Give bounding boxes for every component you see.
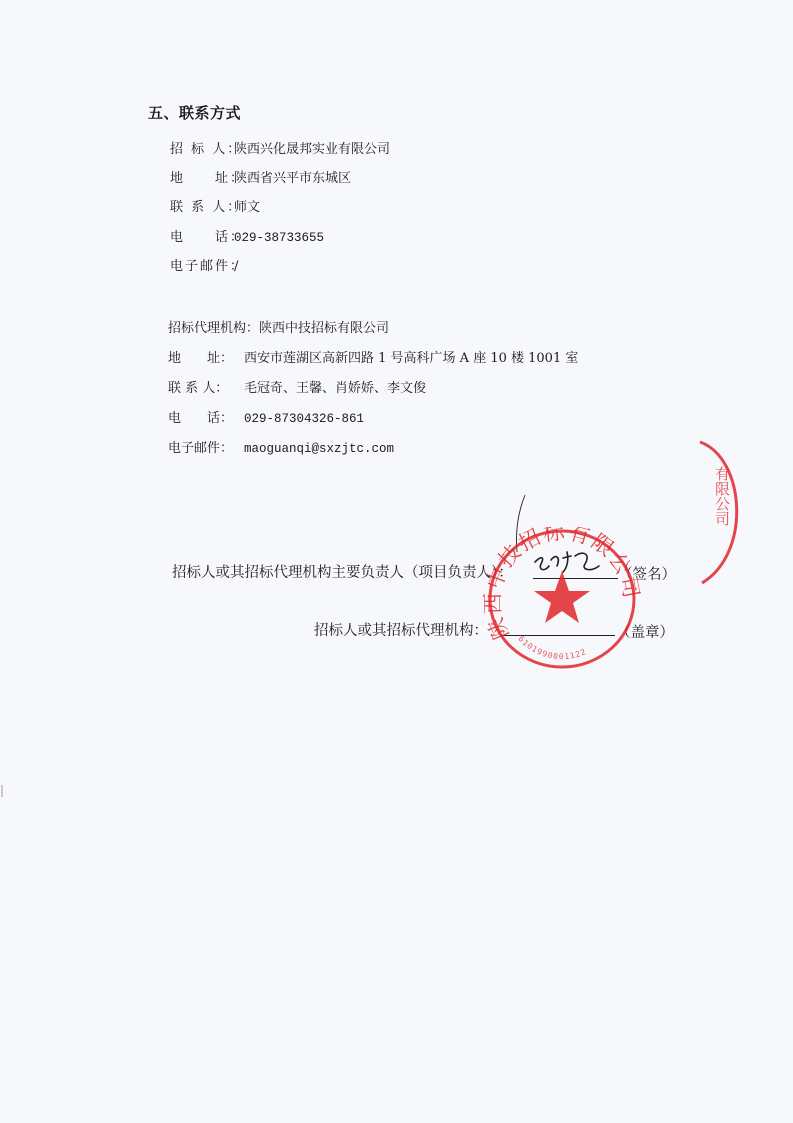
responsible-person-label: 招标人或其招标代理机构主要负责人（项目负责人）： [172,561,513,582]
agency-contact-label: 联 系 人： [168,377,244,396]
phone-value: 029-38733655 [234,231,324,245]
contact-label: 联 系 人： [170,196,234,215]
email-value: / [234,259,238,274]
section-heading: 五、联系方式 [148,102,241,123]
scan-margin-mark [1,785,3,797]
agency-contact-row: 联 系 人：毛冠奇、王馨、肖娇娇、李文俊 [168,377,426,396]
agency-email-label: 电子邮件： [168,437,244,456]
tenderer-row: 招 标 人：陕西兴化晟邦实业有限公司 [170,138,390,157]
agency-phone-row: 电 话：029-87304326-861 [168,407,364,426]
agency-contact-value: 毛冠奇、王馨、肖娇娇、李文俊 [244,381,426,396]
address-label: 地 址： [170,167,234,186]
agency-email-value: maoguanqi@sxzjtc.com [244,442,394,456]
tenderer-phone-row: 电 话：029-38733655 [170,226,324,245]
organization-label: 招标人或其招标代理机构： [314,619,488,640]
agency-phone-value: 029-87304326-861 [244,412,364,426]
agency-address-row: 地 址：西安市莲湖区高新四路 1 号高科广场 A 座 10 楼 1001 室 [168,347,578,366]
email-label: 电子邮件： [170,255,234,274]
tenderer-contact-row: 联 系 人：师文 [170,196,260,215]
partial-seal-stamp: 有限公司 [690,438,793,588]
tenderer-email-row: 电子邮件：/ [170,255,238,274]
agency-address-label: 地 址： [168,347,244,366]
agency-row: 招标代理机构：陕西中技招标有限公司 [168,317,389,336]
agency-value: 陕西中技招标有限公司 [259,321,389,336]
agency-email-row: 电子邮件：maoguanqi@sxzjtc.com [168,437,394,456]
address-value: 陕西省兴平市东城区 [234,171,351,186]
contact-value: 师文 [234,200,260,215]
document-page: 五、联系方式 招 标 人：陕西兴化晟邦实业有限公司 地 址：陕西省兴平市东城区 … [0,0,793,1123]
agency-address-value: 西安市莲湖区高新四路 1 号高科广场 A 座 10 楼 1001 室 [244,351,578,366]
phone-label: 电 话： [170,226,234,245]
agency-phone-label: 电 话： [168,407,244,426]
tenderer-label: 招 标 人： [170,138,234,157]
company-seal-stamp: 陕西中技招标有限公司 6101990001122 [482,527,642,677]
partial-seal-text: 有限公司 [713,466,731,526]
agency-label: 招标代理机构： [168,321,259,336]
star-icon [534,571,590,623]
tenderer-address-row: 地 址：陕西省兴平市东城区 [170,167,351,186]
tenderer-value: 陕西兴化晟邦实业有限公司 [234,142,390,157]
